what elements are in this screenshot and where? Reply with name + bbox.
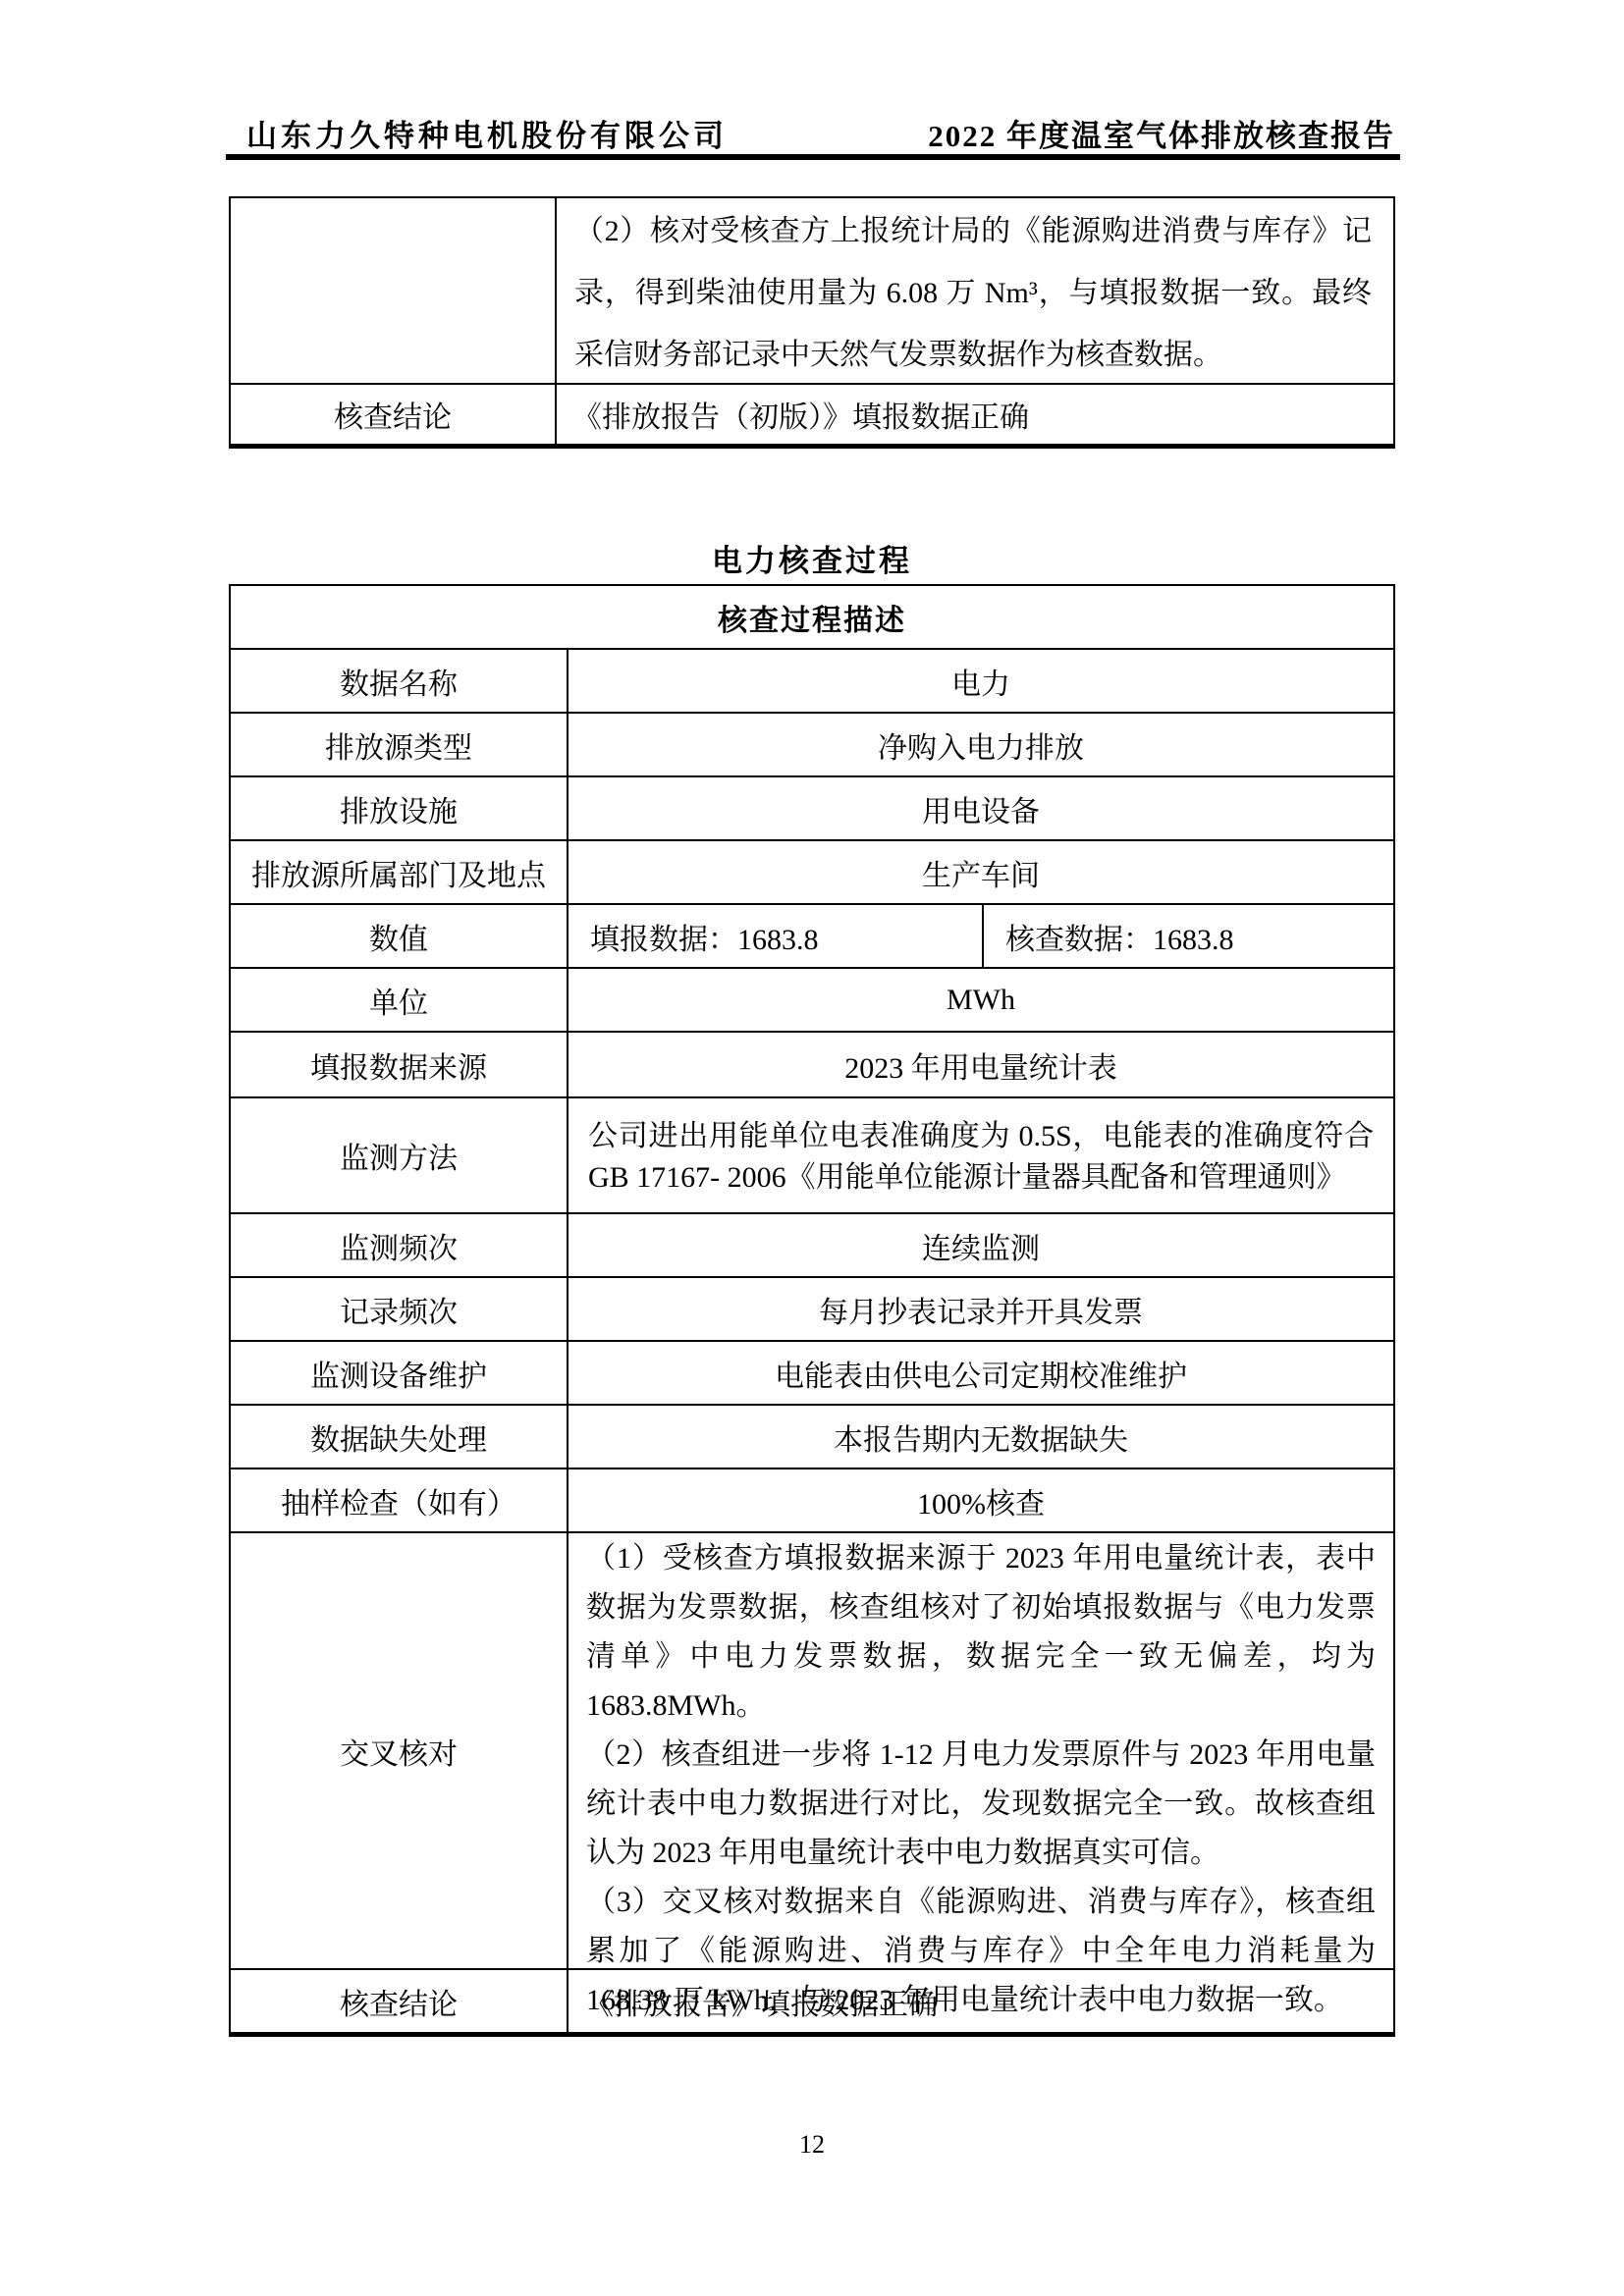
page-number: 12 xyxy=(0,2130,1624,2160)
row-label: 数据缺失处理 xyxy=(231,1406,568,1469)
cross-check-paragraph: （2）核查组进一步将 1-12 月电力发票原件与 2023 年用电量统计表中电力… xyxy=(586,1731,1376,1878)
header-rule xyxy=(226,154,1400,160)
row-label: 记录频次 xyxy=(231,1278,568,1342)
row-label: 交叉核对 xyxy=(231,1533,568,1970)
row-value: 本报告期内无数据缺失 xyxy=(568,1406,1393,1469)
table-header-row: 核查过程描述 xyxy=(231,586,1393,650)
table-row: 核查结论 《排放报告》填报数据正确 xyxy=(231,1970,1393,2032)
row-value: 净购入电力排放 xyxy=(568,714,1393,777)
power-verification-table: 核查过程描述 数据名称 电力 排放源类型 净购入电力排放 排放设施 用电设备 排… xyxy=(229,584,1395,2037)
table-header: 核查过程描述 xyxy=(231,586,1393,650)
row-value: 100%核查 xyxy=(568,1469,1393,1533)
report-title: 2022 年度温室气体排放核查报告 xyxy=(928,111,1395,155)
report-page: 山东力久特种电机股份有限公司 2022 年度温室气体排放核查报告 （2）核对受核… xyxy=(0,0,1624,2296)
table-row-numeric: 数值 填报数据：1683.8 核查数据：1683.8 xyxy=(231,905,1393,969)
continuation-table: （2）核对受核查方上报统计局的《能源购进消费与库存》记录，得到柴油使用量为 6.… xyxy=(229,196,1395,449)
table-row: （2）核对受核查方上报统计局的《能源购进消费与库存》记录，得到柴油使用量为 6.… xyxy=(231,198,1393,385)
row-value: MWh xyxy=(568,969,1393,1033)
row-label: 抽样检查（如有） xyxy=(231,1469,568,1533)
cross-check-text: （1）受核查方填报数据来源于 2023 年用电量统计表，表中数据为发票数据，核查… xyxy=(568,1533,1393,1970)
row-label: 排放源类型 xyxy=(231,714,568,777)
company-name: 山东力久特种电机股份有限公司 xyxy=(229,111,728,155)
row-label: 数值 xyxy=(231,905,568,969)
row-label-empty xyxy=(231,198,557,385)
section-title: 电力核查过程 xyxy=(0,536,1624,580)
row-value: 《排放报告》填报数据正确 xyxy=(568,1970,1393,2032)
numeric-values: 填报数据：1683.8 核查数据：1683.8 xyxy=(568,905,1393,969)
row-label: 监测频次 xyxy=(231,1214,568,1278)
table-row: 记录频次 每月抄表记录并开具发票 xyxy=(231,1278,1393,1342)
table-row: 排放源所属部门及地点 生产车间 xyxy=(231,841,1393,905)
row-label: 填报数据来源 xyxy=(231,1033,568,1098)
row-label: 排放设施 xyxy=(231,777,568,841)
row-label: 单位 xyxy=(231,969,568,1033)
row-value: 电力 xyxy=(568,650,1393,714)
row-value: 用电设备 xyxy=(568,777,1393,841)
row-value: 连续监测 xyxy=(568,1214,1393,1278)
row-value: 电能表由供电公司定期校准维护 xyxy=(568,1342,1393,1406)
table-row-cross-check: 交叉核对 （1）受核查方填报数据来源于 2023 年用电量统计表，表中数据为发票… xyxy=(231,1533,1393,1970)
table-row: 核查结论 《排放报告（初版）》填报数据正确 xyxy=(231,385,1393,444)
conclusion-label: 核查结论 xyxy=(231,385,557,444)
row-value: 2023 年用电量统计表 xyxy=(568,1033,1393,1098)
row-value: 公司进出用能单位电表准确度为 0.5S，电能表的准确度符合 GB 17167- … xyxy=(568,1098,1393,1214)
row-label: 数据名称 xyxy=(231,650,568,714)
table-row: 排放设施 用电设备 xyxy=(231,777,1393,841)
row-label: 排放源所属部门及地点 xyxy=(231,841,568,905)
verified-value: 核查数据：1683.8 xyxy=(984,905,1393,967)
table-row: 数据缺失处理 本报告期内无数据缺失 xyxy=(231,1406,1393,1469)
page-header: 山东力久特种电机股份有限公司 2022 年度温室气体排放核查报告 xyxy=(229,110,1395,155)
table-row: 监测方法 公司进出用能单位电表准确度为 0.5S，电能表的准确度符合 GB 17… xyxy=(231,1098,1393,1214)
table-row: 单位 MWh xyxy=(231,969,1393,1033)
reported-value: 填报数据：1683.8 xyxy=(568,905,984,967)
table-row: 排放源类型 净购入电力排放 xyxy=(231,714,1393,777)
cross-check-paragraph: （1）受核查方填报数据来源于 2023 年用电量统计表，表中数据为发票数据，核查… xyxy=(586,1534,1376,1731)
continuation-text: （2）核对受核查方上报统计局的《能源购进消费与库存》记录，得到柴油使用量为 6.… xyxy=(557,198,1393,385)
row-label: 监测方法 xyxy=(231,1098,568,1214)
table-row: 抽样检查（如有） 100%核查 xyxy=(231,1469,1393,1533)
table-row: 监测设备维护 电能表由供电公司定期校准维护 xyxy=(231,1342,1393,1406)
table-row: 数据名称 电力 xyxy=(231,650,1393,714)
conclusion-value: 《排放报告（初版）》填报数据正确 xyxy=(557,385,1393,444)
row-value: 每月抄表记录并开具发票 xyxy=(568,1278,1393,1342)
row-label: 核查结论 xyxy=(231,1970,568,2032)
row-value: 生产车间 xyxy=(568,841,1393,905)
row-label: 监测设备维护 xyxy=(231,1342,568,1406)
table-row: 监测频次 连续监测 xyxy=(231,1214,1393,1278)
table-row: 填报数据来源 2023 年用电量统计表 xyxy=(231,1033,1393,1098)
